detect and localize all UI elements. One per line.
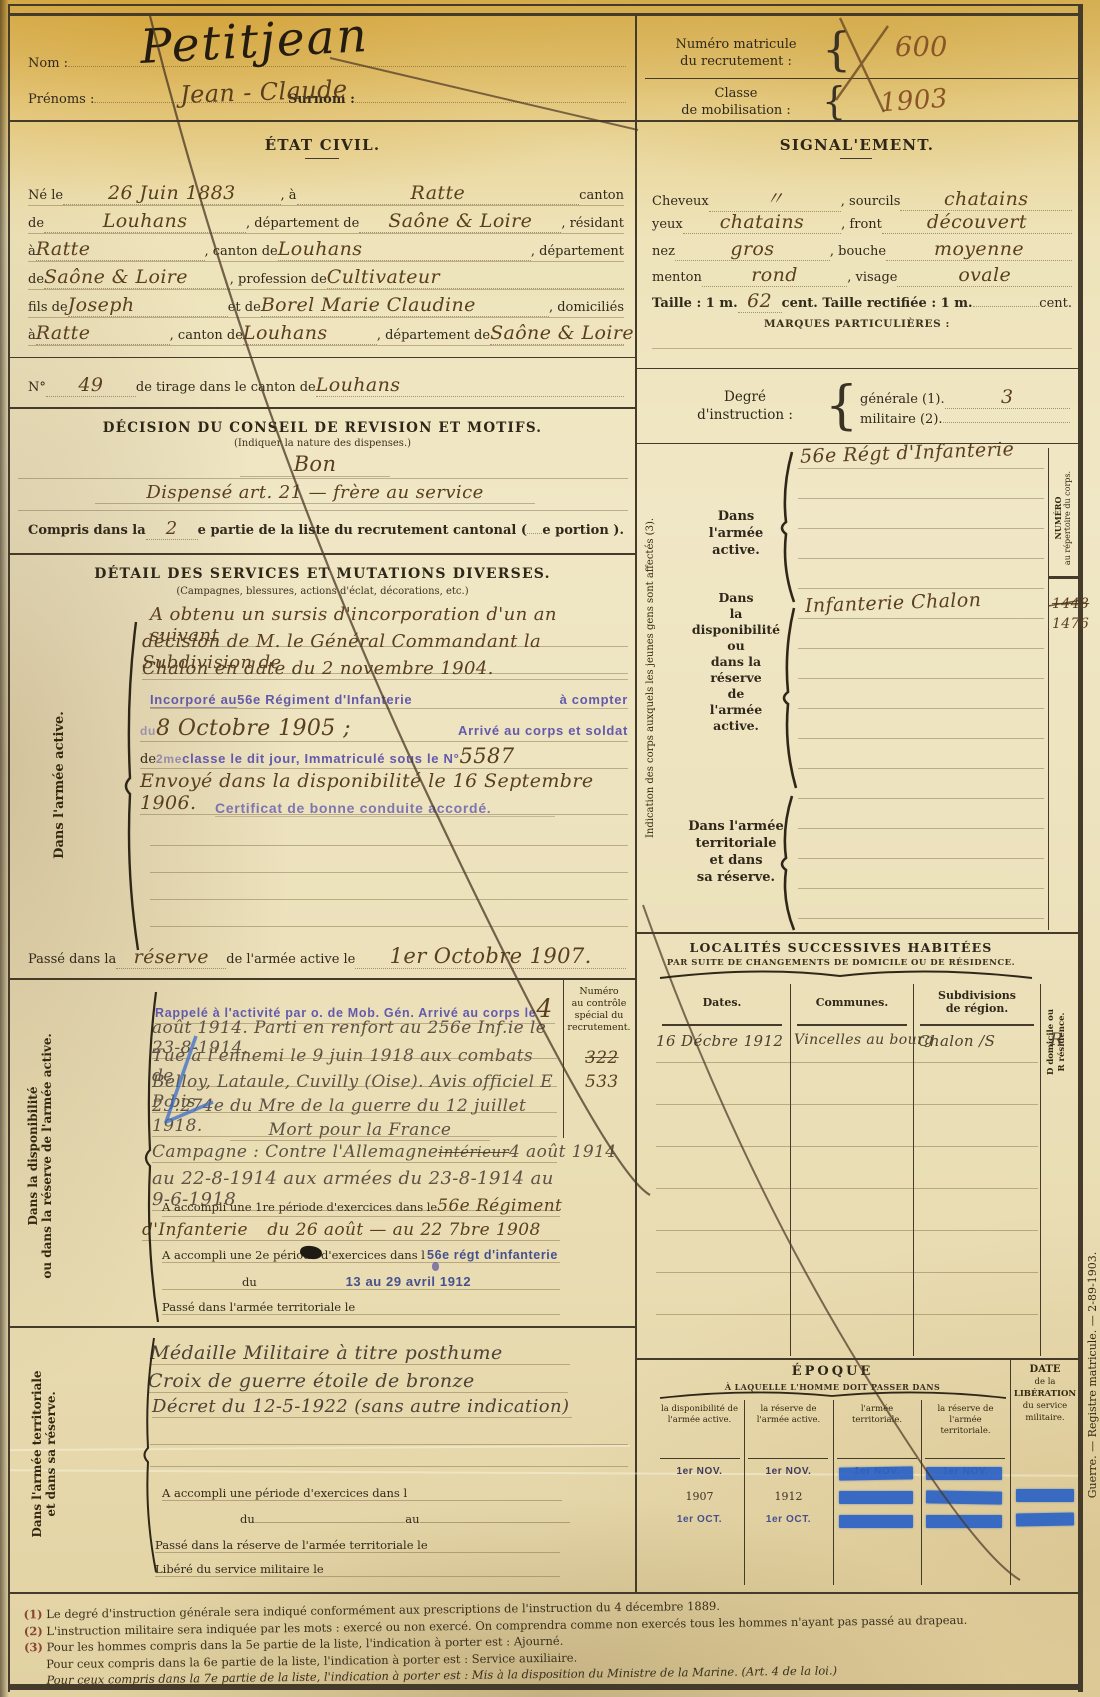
epoque-date-header: DATE de la LIBÉRATION du service militai… <box>1012 1364 1078 1424</box>
bouche-value: moyenne <box>886 238 1072 261</box>
corps-dispo-l4: dans la réserve <box>686 654 786 686</box>
localites-col-subdiv-2: de région. <box>915 1002 1039 1015</box>
ctrl-label-1: Numéro <box>565 986 633 998</box>
date-incorporation: 8 Octobre 1905 ; <box>156 716 351 741</box>
epoque-r1c1: 1er NOV. <box>657 1466 742 1477</box>
instruction-brace: { <box>825 380 858 432</box>
value-canton-domicile: Louhans <box>243 322 377 345</box>
redaction-bar-2 <box>926 1467 1002 1480</box>
epoque-date-5: militaire. <box>1012 1412 1078 1424</box>
epoque-subtitle: À LAQUELLE L'HOMME DOIT PASSER DANS <box>655 1382 1010 1392</box>
visage-value: ovale <box>897 264 1072 287</box>
numero-repertoire-label-1: NUMÉRO <box>1053 448 1063 588</box>
menton-value: rond <box>702 264 847 287</box>
campagne-label: Campagne : Contre l'Allemagne <box>152 1142 438 1162</box>
sidebar-disponibilite-line2: ou dans la réserve de l'armée active. <box>40 990 54 1322</box>
localites-col-communes: Communes. <box>792 996 912 1009</box>
sidebar-territoriale-line1: Dans l'armée territoriale <box>30 1330 44 1578</box>
periode-2-row-2: du 13 au 29 avril 1912 <box>162 1274 560 1290</box>
localites-header-underline-3 <box>920 1024 1034 1026</box>
localites-flourish <box>660 971 1032 978</box>
epoque-rule-top <box>636 1358 1078 1360</box>
label-et-de: et de <box>228 300 261 315</box>
militaire-label: militaire (2). <box>860 412 943 427</box>
epoque-r3c1: 1er OCT. <box>657 1514 742 1525</box>
ctrl-label: Numéro au contrôle spécial du recrutemen… <box>565 986 633 1034</box>
label-canton-de: , canton de <box>205 244 278 259</box>
blank-line-5 <box>150 1444 628 1445</box>
corps-dispo-l6: l'armée active. <box>686 702 786 734</box>
corps-line-3 <box>798 528 1044 529</box>
redaction-bar-3 <box>839 1491 913 1504</box>
periode-terr-dates-row: du au <box>240 1512 570 1526</box>
sidebar-disponibilite-line1: Dans la disponibilité <box>26 990 40 1322</box>
matricule-label: Numéro matricule du recrutement : <box>656 36 816 70</box>
corps-dispo-value: Infanterie Chalon <box>805 589 982 617</box>
classe-label-line2: de mobilisation : <box>656 102 816 119</box>
visage-label: , visage <box>847 270 897 285</box>
corps-dispo-l1: Dans <box>686 590 786 606</box>
cheveux-value: 〃 <box>709 184 841 212</box>
frame-top-outer <box>8 4 1082 6</box>
decision-dispense: Dispensé art. 21 — frère au service <box>95 482 535 504</box>
corps-terr-label: Dans l'armée territoriale et dans sa rés… <box>688 818 784 886</box>
passe-territoriale-label: Passé dans l'armée territoriale le <box>162 1300 355 1314</box>
corps-active-label: Dans l'armée active. <box>688 508 784 559</box>
corps-line-1 <box>798 468 1044 469</box>
mort-pour-la-france: Mort pour la France <box>230 1120 490 1141</box>
label-a-3: à <box>28 328 36 343</box>
numero-repertoire-tick <box>1048 576 1078 579</box>
blank-line-2 <box>150 872 628 873</box>
medaille-line: Médaille Militaire à titre posthume <box>150 1342 570 1365</box>
epoque-vline-2 <box>833 1400 834 1585</box>
corps-terr-l2: territoriale <box>688 835 784 852</box>
ctrl-label-4: recrutement. <box>565 1022 633 1034</box>
corps-dispo-l5: de <box>686 686 786 702</box>
classe-label: Classe de mobilisation : <box>656 85 816 119</box>
localites-line-1 <box>656 1062 1038 1063</box>
signalement-title: SIGNAL'EMENT. <box>636 136 1078 154</box>
corps-line-7 <box>798 648 1044 649</box>
label-departement-de-2: , département de <box>377 328 490 343</box>
redaction-bar-8 <box>1016 1512 1074 1526</box>
periode-2-regiment-stamp: 56e régt d'infanterie <box>425 1248 560 1262</box>
compris-value: 2 <box>146 518 198 540</box>
etat-civil-row-4: de Saône & Loire , profession de Cultiva… <box>28 266 624 290</box>
numero-immatriculation: 5587 <box>460 744 515 768</box>
epoque-title: ÉPOQUE <box>655 1364 1010 1379</box>
label-departement-de: , département de <box>246 216 359 231</box>
yeux-label: yeux <box>652 217 683 232</box>
epoque-date-2: de la <box>1012 1376 1078 1388</box>
epoque-r2c1: 1907 <box>657 1490 742 1503</box>
decision-line-2 <box>18 510 628 511</box>
column-divider <box>635 13 637 1592</box>
localites-rule-top <box>636 932 1078 934</box>
value-pere: Joseph <box>68 294 228 317</box>
localites-vline-3 <box>1040 984 1041 1356</box>
compris-portion-blank <box>527 533 542 534</box>
blank-line-4 <box>150 926 628 927</box>
periode-1-row-2: d'Infanterie du 26 août — au 22 7bre 190… <box>142 1220 560 1241</box>
label-canton-de-2: , canton de <box>170 328 243 343</box>
decision-line-1 <box>18 478 628 479</box>
corps-active-label-2: l'armée active. <box>688 525 784 559</box>
label-residant: , résidant <box>561 216 624 231</box>
services-title: DÉTAIL DES SERVICES ET MUTATIONS DIVERSE… <box>10 566 635 582</box>
periode-2-dates-stamp: 13 au 29 avril 1912 <box>257 1274 560 1289</box>
footnotes-block: (1) Le degré d'instruction générale sera… <box>24 1594 1069 1689</box>
corps-line-12 <box>798 798 1044 799</box>
corps-line-16 <box>798 918 1044 919</box>
header-bottom-rule <box>8 120 1078 122</box>
corps-line-14 <box>798 858 1044 859</box>
prenoms-label: Prénoms : <box>28 92 94 107</box>
taille-value: 62 <box>738 290 782 313</box>
footnote-2-number: (2) <box>24 1624 43 1638</box>
localites-row-commune: Vincelles au bourg <box>794 1032 933 1048</box>
ctrl-value-1: 322 <box>585 1048 619 1068</box>
redaction-bar-7 <box>1016 1489 1074 1502</box>
corps-line-9 <box>798 708 1044 709</box>
localites-line-4 <box>656 1188 1038 1189</box>
passe-reserve-terr-row: Passé dans la réserve de l'armée territo… <box>155 1538 560 1553</box>
incorpore-row-1: Incorporé au 56e Régiment d'Infanterie à… <box>150 692 628 709</box>
campagne-date-debut: 4 août 1914 <box>509 1142 557 1162</box>
periode-1-dates: du 26 août — au 22 7bre 1908 <box>248 1220 560 1240</box>
localites-line-6 <box>656 1272 1038 1273</box>
epoque-header-ul-3 <box>837 1458 917 1459</box>
epoque-r1c2: 1er NOV. <box>746 1466 831 1477</box>
decret-line: Décret du 12-5-1922 (sans autre indicati… <box>152 1396 572 1418</box>
certificat-stamp: Certificat de bonne conduite accordé. <box>215 800 555 817</box>
tirage-label: de tirage dans le canton de <box>136 380 316 395</box>
localites-line-5 <box>656 1230 1038 1231</box>
corps-active-label-1: Dans <box>688 508 784 525</box>
scan-edge-left <box>0 0 9 1697</box>
paper-crease-1 <box>10 1445 630 1451</box>
epoque-header-ul-2 <box>748 1458 828 1459</box>
tirage-value: 49 <box>46 374 136 397</box>
corps-dispo-label: Dans la disponibilité ou dans la réserve… <box>686 590 786 734</box>
decision-subtitle: (Indiquer la nature des dispenses.) <box>10 438 635 449</box>
nez-label: nez <box>652 244 675 259</box>
label-profession-de: , profession de <box>230 272 327 287</box>
incorpore-row-3: de 2me classe le dit jour, Immatriculé s… <box>140 744 628 769</box>
campagne-row: Campagne : Contre l'Allemagne intérieur … <box>152 1142 557 1163</box>
footnote-3-number: (3) <box>24 1640 43 1654</box>
label-departement-2: , département <box>531 244 624 259</box>
registre-matricule-page: Nom : Petitjean Prénoms : Surnom : Jean … <box>0 0 1100 1697</box>
compris-label-a: Compris dans la <box>28 523 146 538</box>
sidebar-territoriale: Dans l'armée territoriale et dans sa rés… <box>30 1330 58 1578</box>
localites-header-underline-2 <box>797 1024 907 1026</box>
passe-value-reserve: réserve <box>116 946 226 969</box>
localites-line-7 <box>656 1314 1038 1315</box>
corps-line-2 <box>798 498 1044 499</box>
ctrl-column-line <box>563 978 564 1138</box>
margin-imprint: Guerre. — Registre matricule. — 2-89-190… <box>1086 1185 1099 1565</box>
etat-civil-row-2: de Louhans , département de Saône & Loir… <box>28 210 624 234</box>
regiment-stamp: 56e Régiment d'Infanterie <box>237 692 412 707</box>
periode-terr-label: A accompli une période d'exercices dans … <box>162 1486 407 1500</box>
etat-civil-row-6: à Ratte , canton de Louhans , départemen… <box>28 322 624 346</box>
signalement-row-2: yeux chatains , front découvert <box>652 211 1072 234</box>
surnom-line <box>355 102 626 103</box>
etat-civil-row-1: Né le 26 Juin 1883 , à Ratte canton <box>28 182 624 206</box>
marques-label: MARQUES PARTICULIÈRES : <box>636 318 1078 330</box>
label-de-2: de <box>28 272 44 287</box>
services-subtitle: (Campagnes, blessures, actions d'éclat, … <box>10 586 635 597</box>
tirage-canton-value: Louhans <box>316 374 624 397</box>
instruction-militaire-row: militaire (2). <box>860 412 1070 427</box>
etat-civil-row-5: fils de Joseph et de Borel Marie Claudin… <box>28 294 624 318</box>
redaction-bar-5 <box>839 1515 913 1528</box>
footnotes-rule-top <box>10 1592 1080 1594</box>
numero-repertoire-label: NUMÉRO au répertoire du corps. <box>1053 448 1073 588</box>
croix-line: Croix de guerre étoile de bronze <box>148 1370 568 1393</box>
compris-row: Compris dans la 2 e partie de la liste d… <box>28 518 624 540</box>
taille-label-a: Taille : 1 m. <box>652 296 738 311</box>
localites-col-dates: Dates. <box>656 996 788 1009</box>
value-lieu-naissance: Ratte <box>297 182 580 205</box>
immatricule-stamp: classe le dit jour, Immatriculé sous le … <box>182 751 459 766</box>
localites-title: LOCALITÉS SUCCESSIVES HABITÉES <box>636 940 1046 955</box>
instruction-label: Degré d'instruction : <box>680 388 810 424</box>
localites-col-subdiv-1: Subdivisions <box>915 989 1039 1002</box>
menton-label: menton <box>652 270 702 285</box>
corps-line-6 <box>798 618 1044 619</box>
nez-value: gros <box>675 238 830 261</box>
localites-line-2 <box>656 1104 1038 1105</box>
value-mere: Borel Marie Claudine <box>261 294 549 317</box>
epoque-vline-1 <box>744 1400 745 1585</box>
bouche-label: , bouche <box>830 244 886 259</box>
epoque-header-ul-1 <box>660 1458 740 1459</box>
redaction-bar-6 <box>926 1515 1002 1528</box>
blank-line-6 <box>150 1466 628 1467</box>
decision-title: DÉCISION DU CONSEIL DE REVISION ET MOTIF… <box>10 420 635 436</box>
corps-line-13 <box>798 828 1044 829</box>
blank-line-3 <box>150 899 628 900</box>
epoque-date-4: du service <box>1012 1400 1078 1412</box>
prenoms-value: Jean - Claude <box>180 75 348 109</box>
value-domicile: Ratte <box>36 322 170 345</box>
corps-terr-l4: sa réserve. <box>688 869 784 886</box>
value-profession: Cultivateur <box>327 266 624 289</box>
epoque-r2c2: 1912 <box>746 1490 831 1503</box>
value-departement: Saône & Loire <box>359 210 561 233</box>
periode-1-infanterie: d'Infanterie <box>142 1220 248 1240</box>
numero-repertoire-label-2: au répertoire du corps. <box>1063 448 1073 588</box>
localites-vline-1 <box>790 984 791 1356</box>
label-a-2: à <box>28 244 36 259</box>
corps-line-10 <box>798 738 1044 739</box>
localites-header-underline-1 <box>662 1024 782 1026</box>
periode-2-du-label: du <box>242 1275 257 1289</box>
blank-line-1 <box>150 845 628 846</box>
label-de: de <box>28 216 44 231</box>
libere-label: Libéré du service militaire le <box>155 1562 324 1576</box>
de-label: de <box>140 752 156 767</box>
du-label: du <box>240 1512 255 1526</box>
corps-dispo-num-2: 1476 <box>1052 616 1089 632</box>
generale-value: 3 <box>945 386 1070 409</box>
epoque-col4-header: la réserve de l'armée territoriale. <box>923 1404 1008 1437</box>
label-fils-de: fils de <box>28 300 68 315</box>
periode-1-label: A accompli une 1re période d'exercices d… <box>162 1200 437 1214</box>
epoque-col3-header: l'armée territoriale. <box>835 1404 919 1426</box>
compris-label-b: e partie de la liste du recrutement cant… <box>198 523 527 538</box>
etat-civil-row-3: à Ratte , canton de Louhans , départemen… <box>28 238 624 262</box>
etat-civil-title-underline <box>305 158 339 159</box>
sourcils-value: chatains <box>900 188 1072 211</box>
value-departement-residence: Saône & Loire <box>44 266 230 289</box>
localites-line-3 <box>656 1146 1038 1147</box>
epoque-date-3: LIBÉRATION <box>1012 1388 1078 1400</box>
corps-line-15 <box>798 888 1044 889</box>
incorpore-row-2: du 8 Octobre 1905 ; Arrivé au corps et s… <box>140 716 628 742</box>
epoque-date-1: DATE <box>1012 1364 1078 1376</box>
value-date-naissance: 26 Juin 1883 <box>63 182 280 205</box>
sourcils-label: , sourcils <box>841 194 901 209</box>
footnote-1-number: (1) <box>24 1607 43 1621</box>
campagne-interieur-struck: intérieur <box>438 1143 509 1161</box>
value-canton: Louhans <box>44 210 246 233</box>
corps-dispo-l3: ou <box>686 638 786 654</box>
signalement-row-1: Cheveux 〃 , sourcils chatains <box>652 184 1072 212</box>
taille-rectifiee-blank <box>973 306 1040 307</box>
reserve-rule-top <box>10 978 635 980</box>
label-a: , à <box>281 188 297 203</box>
corps-side-label: Indication des corps auxquels les jeunes… <box>645 448 656 908</box>
ctrl-label-3: spécial du <box>565 1010 633 1022</box>
brace-armee-active-left <box>126 622 138 950</box>
passe-territoriale-row: Passé dans l'armée territoriale le <box>162 1300 560 1315</box>
passe-label-b: de l'armée active le <box>226 952 355 967</box>
a-compter-stamp: à compter <box>560 692 628 707</box>
arrive-corps-stamp: Arrivé au corps et soldat <box>458 723 628 738</box>
signalement-row-4: menton rond , visage ovale <box>652 264 1072 287</box>
epoque-col1-header: la disponibilité de l'armée active. <box>657 1404 742 1426</box>
tirage-row: N° 49 de tirage dans le canton de Louhan… <box>28 374 624 397</box>
passe-reserve-row: Passé dans la réserve de l'armée active … <box>28 944 626 969</box>
corps-line-8 <box>798 678 1044 679</box>
redaction-bar-1 <box>839 1466 913 1480</box>
sidebar-territoriale-line2: et dans sa réserve. <box>44 1330 58 1578</box>
etat-civil-title: ÉTAT CIVIL. <box>10 136 635 154</box>
matricule-value: 600 <box>895 32 948 63</box>
yeux-value: chatains <box>683 211 841 234</box>
value-residence: Ratte <box>36 238 205 261</box>
taille-label-b: cent. Taille rectifiée : 1 m. <box>782 296 973 311</box>
periode-1-row: A accompli une 1re période d'exercices d… <box>162 1196 560 1217</box>
tirage-rule-top <box>10 357 635 358</box>
libere-row: Libéré du service militaire le <box>155 1562 560 1577</box>
sidebar-disponibilite: Dans la disponibilité ou dans la réserve… <box>26 990 54 1322</box>
periode-2-row: A accompli une 2e période d'exercices da… <box>162 1248 560 1263</box>
instruction-generale-row: générale (1). 3 <box>860 386 1070 409</box>
matricule-label-line2: du recrutement : <box>656 53 816 70</box>
generale-label: générale (1). <box>860 392 945 407</box>
cheveux-label: Cheveux <box>652 194 709 209</box>
incorpore-stamp: Incorporé au <box>150 692 237 708</box>
epoque-flourish <box>660 1392 1006 1398</box>
localites-subtitle: PAR SUITE DE CHANGEMENTS DE DOMICILE OU … <box>636 958 1046 968</box>
instruction-rule-top <box>636 368 1078 369</box>
corps-line-11 <box>798 768 1044 769</box>
nom-label: Nom : <box>28 56 68 71</box>
marques-blank-line <box>652 348 1072 349</box>
matricule-brace: { <box>822 26 851 72</box>
epoque-vline-3 <box>921 1400 922 1585</box>
instruction-label-2: d'instruction : <box>680 406 810 424</box>
violet-mark <box>432 1262 439 1271</box>
passe-reserve-terr-label: Passé dans la réserve de l'armée territo… <box>155 1538 428 1552</box>
periode-1-regiment: 56e Régiment <box>437 1196 560 1216</box>
blank-du <box>255 1522 405 1523</box>
localites-row-subdiv: Chalon /S <box>918 1032 995 1050</box>
epoque-r3c2: 1er OCT. <box>746 1514 831 1525</box>
periode-terr-row: A accompli une période d'exercices dans … <box>162 1486 562 1501</box>
compris-label-c: e portion ). <box>542 523 624 538</box>
au-label: au <box>405 1512 419 1526</box>
label-canton: canton <box>579 188 624 203</box>
front-label: , front <box>841 217 882 232</box>
classe-brace: { <box>822 82 846 120</box>
front-value: découvert <box>882 211 1072 234</box>
localites-row-date: 16 Décbre 1912 <box>656 1032 783 1050</box>
label-ne-le: Né le <box>28 188 63 203</box>
blank-au <box>420 1522 570 1523</box>
localites-col-subdiv: Subdivisions de région. <box>915 989 1039 1015</box>
tirage-rule-bottom <box>10 407 635 409</box>
ctrl-label-2: au contrôle <box>565 998 633 1010</box>
corps-terr-l3: et dans <box>688 852 784 869</box>
sidebar-armee-active: Dans l'armée active. <box>52 620 67 950</box>
frame-right <box>1078 4 1083 1692</box>
passe-value-date: 1er Octobre 1907. <box>355 944 626 969</box>
frame-top-inner <box>8 13 1082 16</box>
corps-dispo-l2: la disponibilité <box>686 606 786 638</box>
corps-line-4 <box>798 558 1044 559</box>
epoque-col2-header: la réserve de l'armée active. <box>746 1404 831 1426</box>
value-canton-residence: Louhans <box>278 238 531 261</box>
corps-dispo-num-1: 1448 <box>1052 596 1089 612</box>
taille-label-c: cent. <box>1039 296 1072 311</box>
corps-line-5 <box>798 588 1044 589</box>
numero-repertoire-line <box>1048 448 1049 930</box>
label-domicilies: , domiciliés <box>549 300 624 315</box>
header-right-divider <box>645 78 1078 79</box>
corps-terr-l1: Dans l'armée <box>688 818 784 835</box>
ctrl-value-2: 533 <box>585 1072 619 1092</box>
matricule-label-line1: Numéro matricule <box>656 36 816 53</box>
tirage-no-label: N° <box>28 380 46 395</box>
epoque-date-divider <box>1010 1360 1011 1585</box>
localites-row-dr: R <box>1050 1030 1063 1050</box>
value-departement-domicile: Saône & Loire <box>490 322 624 345</box>
militaire-blank <box>943 422 1070 423</box>
du-stamp: du <box>140 724 156 738</box>
epoque-header-ul-4 <box>925 1458 1005 1459</box>
classe-value: 1903 <box>879 84 949 119</box>
decision-bon: Bon <box>240 452 390 477</box>
classe-2me-stamp: 2me <box>156 752 182 766</box>
territoriale-rule-top <box>10 1326 635 1328</box>
services-rule-top <box>10 553 635 555</box>
